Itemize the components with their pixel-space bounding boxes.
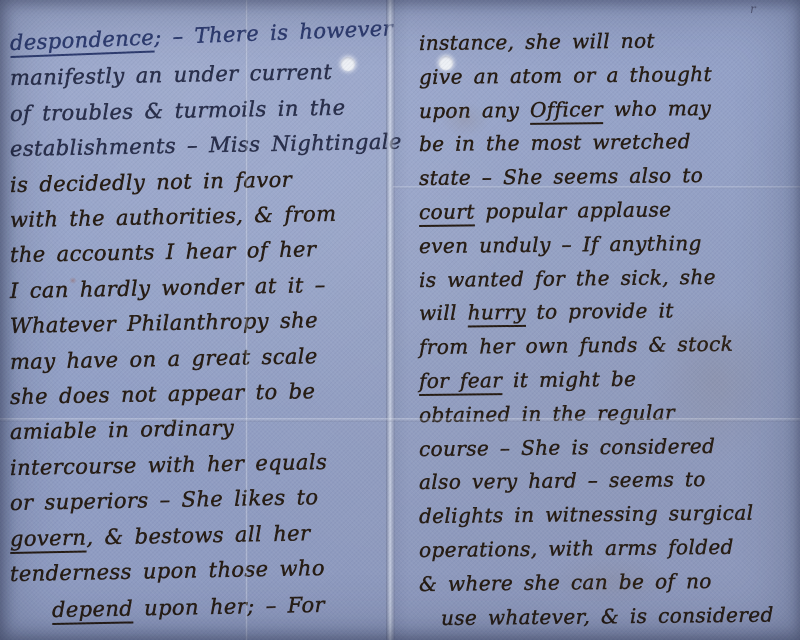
- punch-hole-left: [341, 57, 355, 71]
- fold-crease-vertical-left: [245, 0, 248, 640]
- underlined-word: court: [419, 199, 475, 224]
- underlined-word: govern: [10, 525, 87, 550]
- handwritten-line: court popular applause: [419, 192, 800, 230]
- pencil-mark: r: [750, 2, 756, 16]
- handwritten-line: depend upon her; – For: [52, 586, 392, 628]
- handwritten-line: tenderness upon those who: [10, 550, 392, 593]
- underlined-word: depend: [52, 596, 134, 622]
- underlined-word: despondence: [10, 25, 155, 55]
- paper-stain: [520, 540, 700, 620]
- handwritten-line: instance, she will not: [419, 23, 800, 61]
- page-seam: [386, 0, 395, 640]
- letter-photo: despondence; – There is howevermanifestl…: [0, 0, 800, 640]
- underlined-word: for fear: [419, 368, 503, 393]
- fold-crease-horizontal-right: [393, 186, 800, 189]
- handwritten-line: give an atom or a thought: [419, 57, 800, 95]
- ink-speck: [68, 276, 78, 285]
- handwritten-line: state – She seems also to: [419, 158, 800, 196]
- underlined-word: Officer: [530, 97, 603, 122]
- handwritten-line: even unduly – If anything: [419, 226, 800, 264]
- letter-page-left: despondence; – There is howevermanifestl…: [0, 0, 391, 640]
- punch-hole-right: [439, 56, 453, 70]
- paper-stain: [430, 95, 500, 145]
- underlined-word: hurry: [468, 300, 526, 325]
- paper-stain: [620, 260, 800, 500]
- handwritten-line: delights in witnessing surgical: [419, 496, 800, 534]
